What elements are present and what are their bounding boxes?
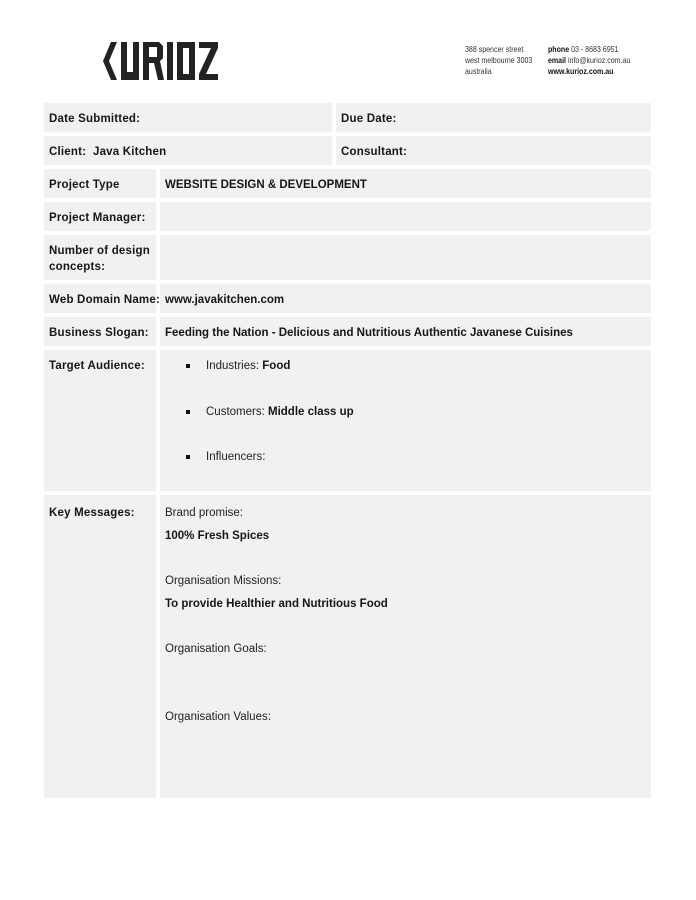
client-value: Java Kitchen <box>93 146 166 158</box>
audience-item-customers: Customers: Middle class up <box>206 404 354 420</box>
organisation-goals-label: Organisation Goals: <box>165 641 267 657</box>
design-concepts-label-line-1: Number of design <box>49 243 150 259</box>
business-slogan-value: Feeding the Nation - Delicious and Nutri… <box>165 325 573 341</box>
client-line: Client: Java Kitchen <box>49 144 166 160</box>
audience-item-influencers: Influencers: <box>206 449 265 465</box>
brand-promise-label: Brand promise: <box>165 505 243 521</box>
audience-item-industries: Industries: Food <box>206 358 290 374</box>
website-link[interactable]: www.kurioz.com.au <box>548 67 613 76</box>
bullet-icon <box>186 455 190 459</box>
design-concepts-field[interactable] <box>160 235 651 280</box>
audience-item-label: Influencers: <box>206 451 265 463</box>
bullet-icon <box>186 410 190 414</box>
company-contact: phone 03 - 8683 6951 email info@kurioz.c… <box>548 44 630 77</box>
due-date-label: Due Date: <box>341 111 396 127</box>
kurioz-logo <box>101 38 221 84</box>
website-line: www.kurioz.com.au <box>548 66 630 77</box>
audience-item-label: Industries: <box>206 360 259 372</box>
audience-item-value: Middle class up <box>268 406 354 418</box>
design-concepts-label: Number of design concepts: <box>49 243 150 275</box>
target-audience-label: Target Audience: <box>49 358 145 374</box>
organisation-missions-value: To provide Healthier and Nutritious Food <box>165 596 388 612</box>
email-link[interactable]: info@kurioz.com.au <box>568 56 630 65</box>
email-label: email <box>548 56 566 65</box>
key-messages-label: Key Messages: <box>49 505 135 521</box>
web-domain-value: www.javakitchen.com <box>165 292 284 308</box>
client-label: Client: <box>49 146 86 158</box>
design-concepts-label-line-2: concepts: <box>49 259 150 275</box>
project-manager-field[interactable] <box>160 202 651 231</box>
logo-wordmark-icon <box>101 38 221 84</box>
address-line-2: west melbourne 3003 <box>465 55 532 66</box>
email-line: email info@kurioz.com.au <box>548 55 630 66</box>
company-address: 388 spencer street west melbourne 3003 a… <box>465 44 532 77</box>
key-messages-label-cell <box>44 495 156 798</box>
phone-value: 03 - 8683 6951 <box>571 45 618 54</box>
brand-promise-value: 100% Fresh Spices <box>165 528 269 544</box>
project-manager-label: Project Manager: <box>49 210 146 226</box>
phone-line: phone 03 - 8683 6951 <box>548 44 630 55</box>
phone-label: phone <box>548 45 569 54</box>
project-type-value: WEBSITE DESIGN & DEVELOPMENT <box>165 177 367 193</box>
audience-item-value: Food <box>262 360 290 372</box>
audience-item-label: Customers: <box>206 406 265 418</box>
business-slogan-label: Business Slogan: <box>49 325 149 341</box>
bullet-icon <box>186 364 190 368</box>
project-type-label: Project Type <box>49 177 120 193</box>
date-submitted-label: Date Submitted: <box>49 111 140 127</box>
organisation-missions-label: Organisation Missions: <box>165 573 281 589</box>
consultant-label: Consultant: <box>341 144 407 160</box>
organisation-values-label: Organisation Values: <box>165 709 271 725</box>
address-line-3: australia <box>465 66 532 77</box>
address-line-1: 388 spencer street <box>465 44 532 55</box>
web-domain-label: Web Domain Name: <box>49 292 160 308</box>
